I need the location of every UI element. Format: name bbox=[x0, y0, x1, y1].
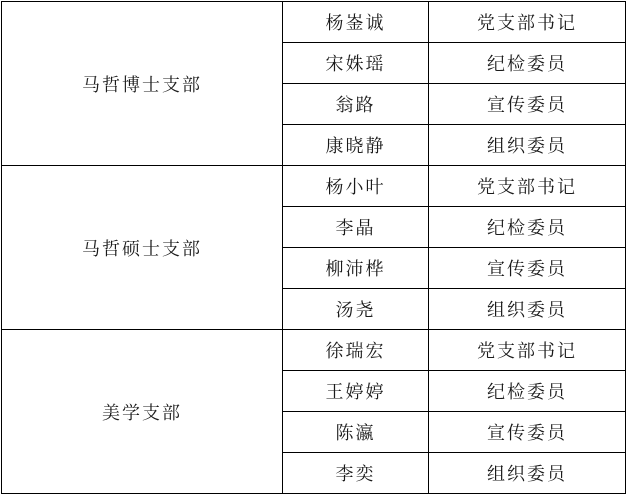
member-role-cell: 宣传委员 bbox=[429, 84, 626, 125]
table-row: 马哲博士支部 杨崟诚 党支部书记 bbox=[2, 2, 626, 43]
member-role-cell: 组织委员 bbox=[429, 289, 626, 330]
branch-name-cell: 马哲硕士支部 bbox=[2, 166, 283, 330]
member-name-cell: 李晶 bbox=[283, 207, 429, 248]
member-name-cell: 李奕 bbox=[283, 453, 429, 494]
branch-name-cell: 马哲博士支部 bbox=[2, 2, 283, 166]
member-role-cell: 宣传委员 bbox=[429, 248, 626, 289]
member-role-cell: 纪检委员 bbox=[429, 207, 626, 248]
branch-committee-table: 马哲博士支部 杨崟诚 党支部书记 宋姝瑶 纪检委员 翁路 宣传委员 康晓静 组织… bbox=[1, 1, 626, 494]
table-row: 美学支部 徐瑞宏 党支部书记 bbox=[2, 330, 626, 371]
member-role-cell: 组织委员 bbox=[429, 125, 626, 166]
member-name-cell: 康晓静 bbox=[283, 125, 429, 166]
member-name-cell: 杨小叶 bbox=[283, 166, 429, 207]
member-role-cell: 宣传委员 bbox=[429, 412, 626, 453]
member-name-cell: 陈瀛 bbox=[283, 412, 429, 453]
member-role-cell: 纪检委员 bbox=[429, 43, 626, 84]
member-name-cell: 汤尧 bbox=[283, 289, 429, 330]
member-name-cell: 徐瑞宏 bbox=[283, 330, 429, 371]
member-name-cell: 王婷婷 bbox=[283, 371, 429, 412]
member-role-cell: 党支部书记 bbox=[429, 166, 626, 207]
member-role-cell: 党支部书记 bbox=[429, 2, 626, 43]
table-row: 马哲硕士支部 杨小叶 党支部书记 bbox=[2, 166, 626, 207]
member-name-cell: 杨崟诚 bbox=[283, 2, 429, 43]
branch-name-cell: 美学支部 bbox=[2, 330, 283, 494]
member-name-cell: 柳沛桦 bbox=[283, 248, 429, 289]
member-name-cell: 宋姝瑶 bbox=[283, 43, 429, 84]
member-role-cell: 组织委员 bbox=[429, 453, 626, 494]
member-name-cell: 翁路 bbox=[283, 84, 429, 125]
member-role-cell: 党支部书记 bbox=[429, 330, 626, 371]
member-role-cell: 纪检委员 bbox=[429, 371, 626, 412]
